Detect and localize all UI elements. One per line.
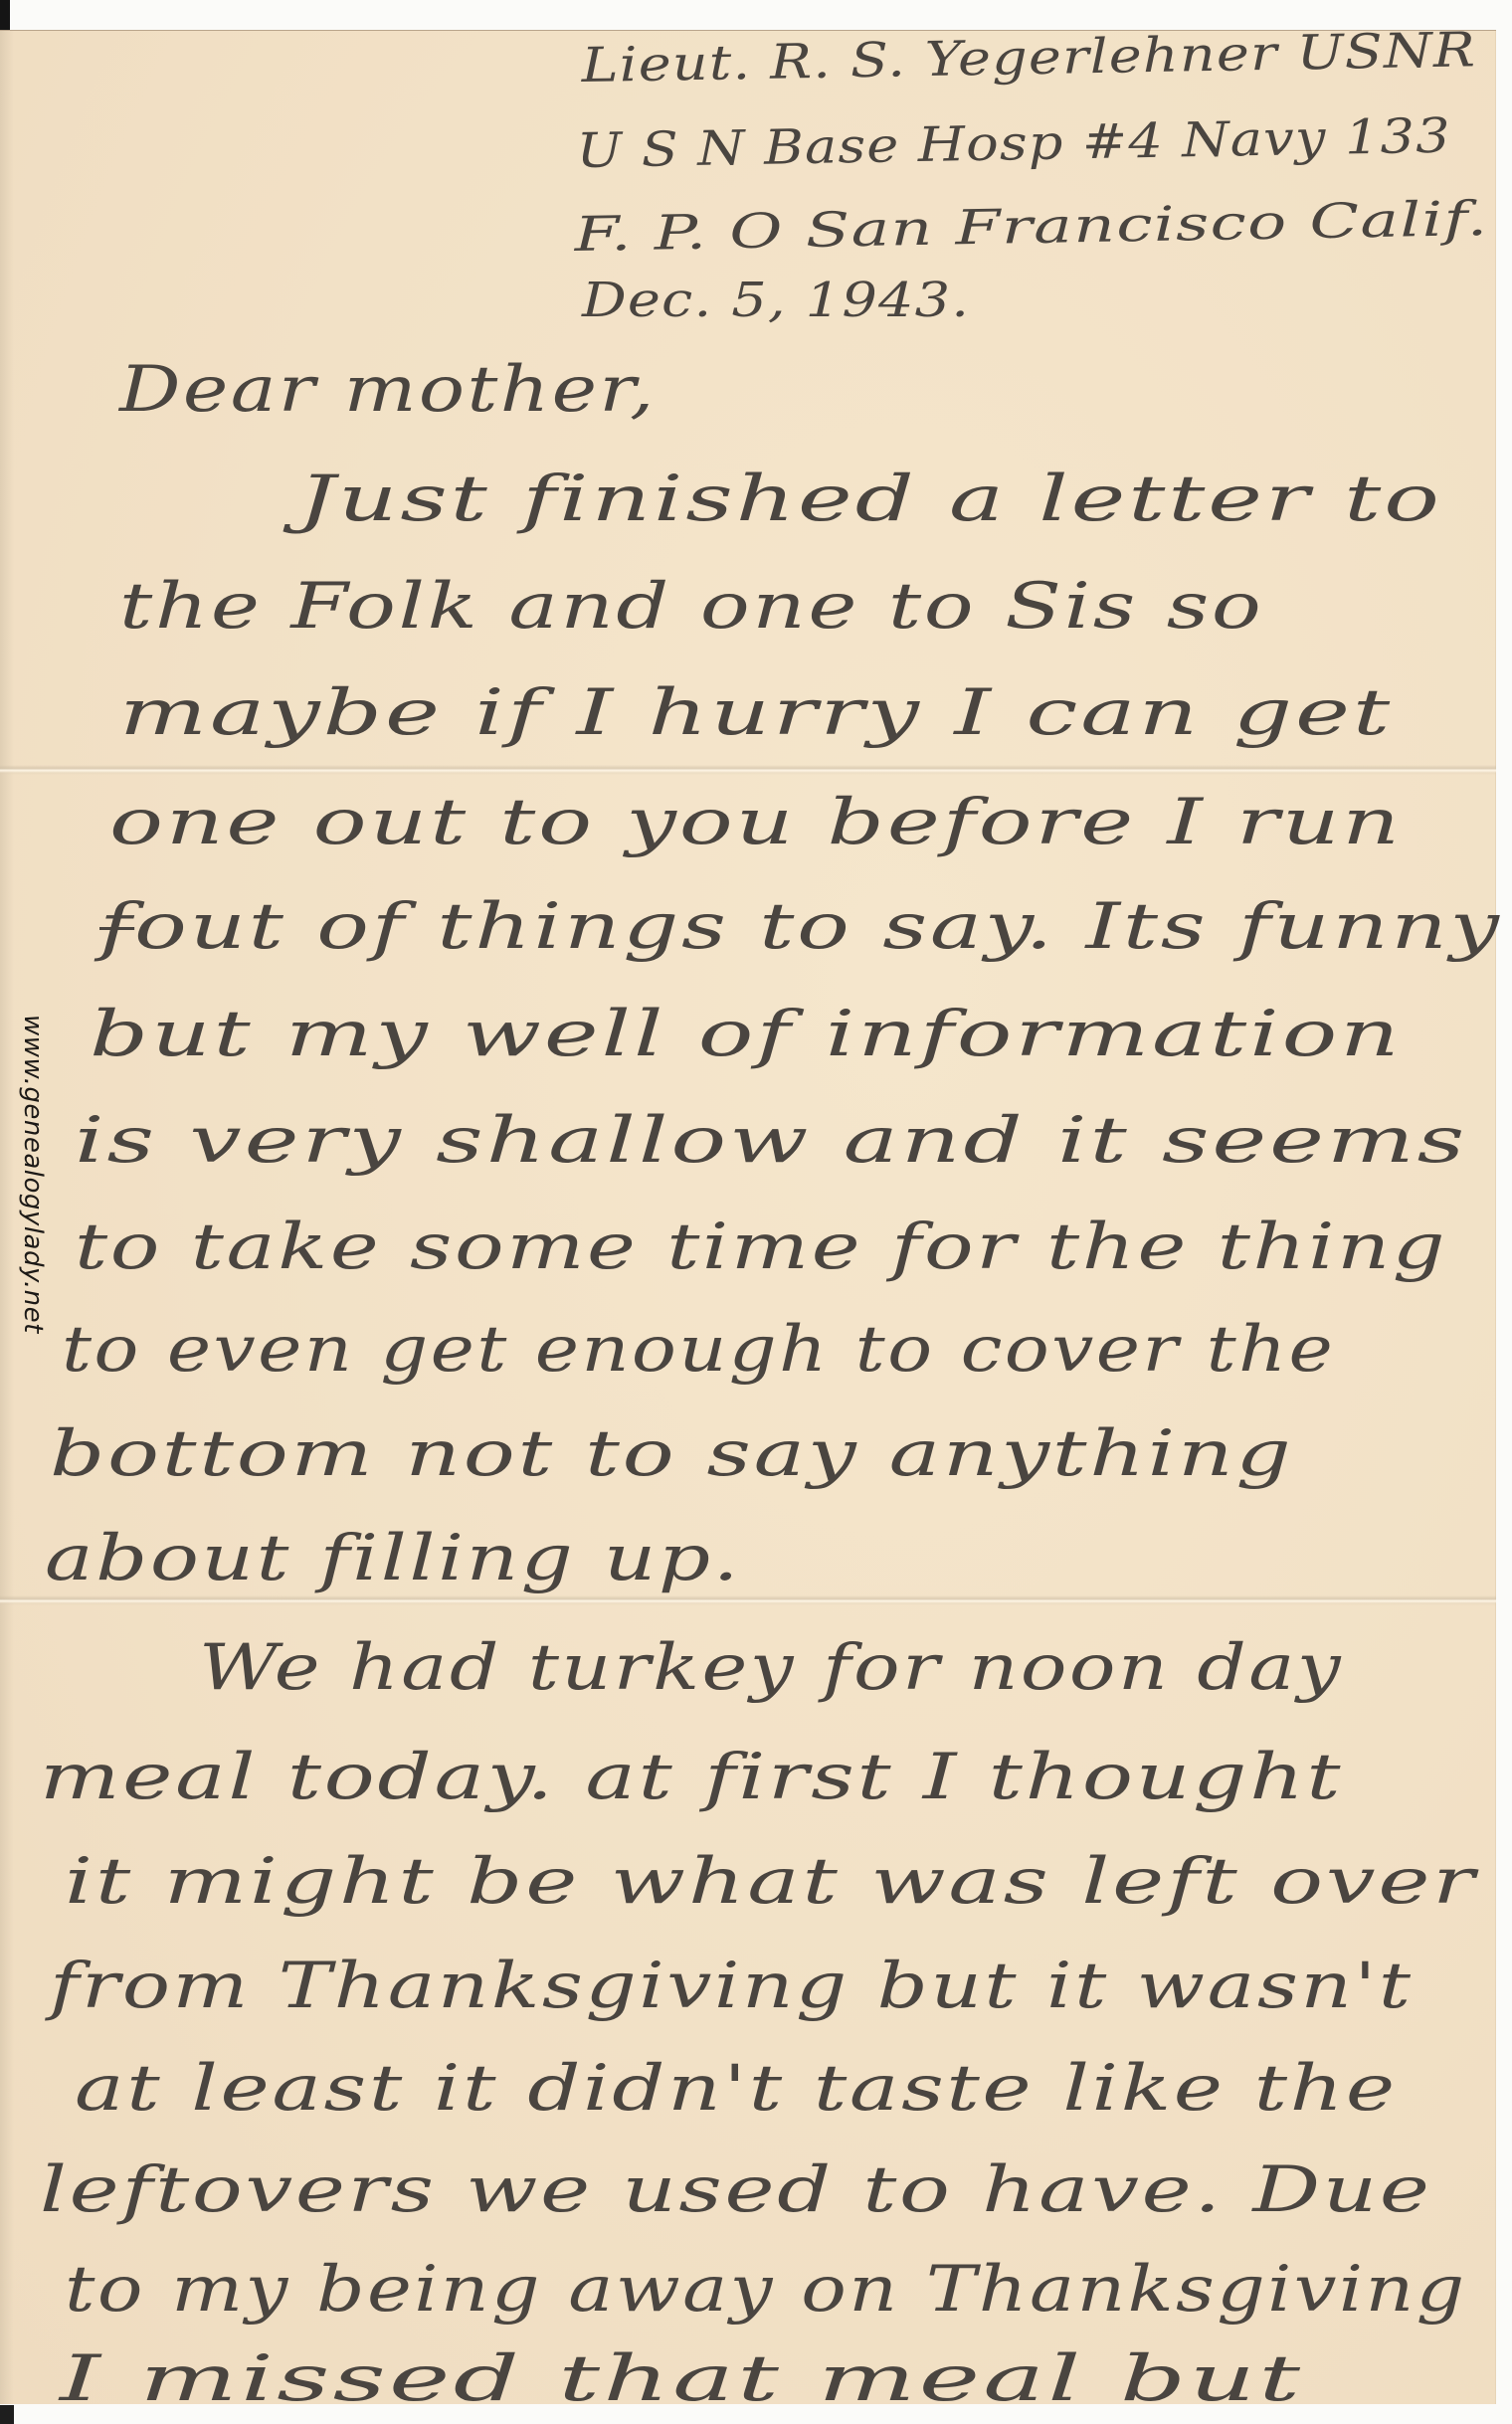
header-address-line: U S N Base Hosp #4 Navy 133 <box>576 112 1451 175</box>
letter-line: about filling up. <box>45 1527 741 1590</box>
letter-line: bottom not to say anything <box>50 1422 1293 1486</box>
letter-line: but my well of information <box>90 1003 1403 1066</box>
letter-line: leftovers we used to have. Due <box>40 2158 1432 2222</box>
letter-line: maybe if I hurry I can get <box>119 681 1393 745</box>
letter-line: from Thanksgiving but it wasn't <box>50 1955 1414 2018</box>
header-date: Dec. 5, 1943. <box>582 277 970 324</box>
letter-line: one out to you before I run <box>109 791 1403 854</box>
struck-letter: f <box>99 890 134 964</box>
letter-line: Just finished a letter to <box>298 467 1442 531</box>
letter-line: meal today. at first I thought <box>40 1746 1343 1809</box>
letter-line-text: out of things to say. Its funny <box>134 890 1502 964</box>
watermark: www.genealogylady.net <box>18 1015 48 1412</box>
letter-line: the Folk and one to Sis so <box>119 575 1263 639</box>
fold-crease <box>0 1595 1496 1605</box>
letter-line: to even get enough to cover the <box>62 1318 1335 1382</box>
salutation: Dear mother, <box>119 358 657 422</box>
scan-edge-artifact <box>0 0 10 30</box>
letter-line: I missed that meal but <box>60 2347 1303 2411</box>
letter-line: to take some time for the thing <box>75 1215 1447 1279</box>
header-name-line: Lieut. R. S. Yegerlehner USNR <box>581 26 1476 90</box>
letter-line: at least it didn't taste like the <box>75 2057 1398 2121</box>
letter-line: We had turkey for noon day <box>199 1636 1343 1700</box>
letter-line: is very shallow and it seems <box>75 1109 1467 1173</box>
letter-line-with-strikeout: fout of things to say. Its funny <box>99 895 1502 959</box>
scan-edge-artifact <box>0 2405 14 2424</box>
letter-line: to my being away on Thanksgiving <box>65 2258 1467 2322</box>
letter-line: it might be what was left over <box>65 1850 1477 1914</box>
fold-crease <box>0 765 1496 775</box>
